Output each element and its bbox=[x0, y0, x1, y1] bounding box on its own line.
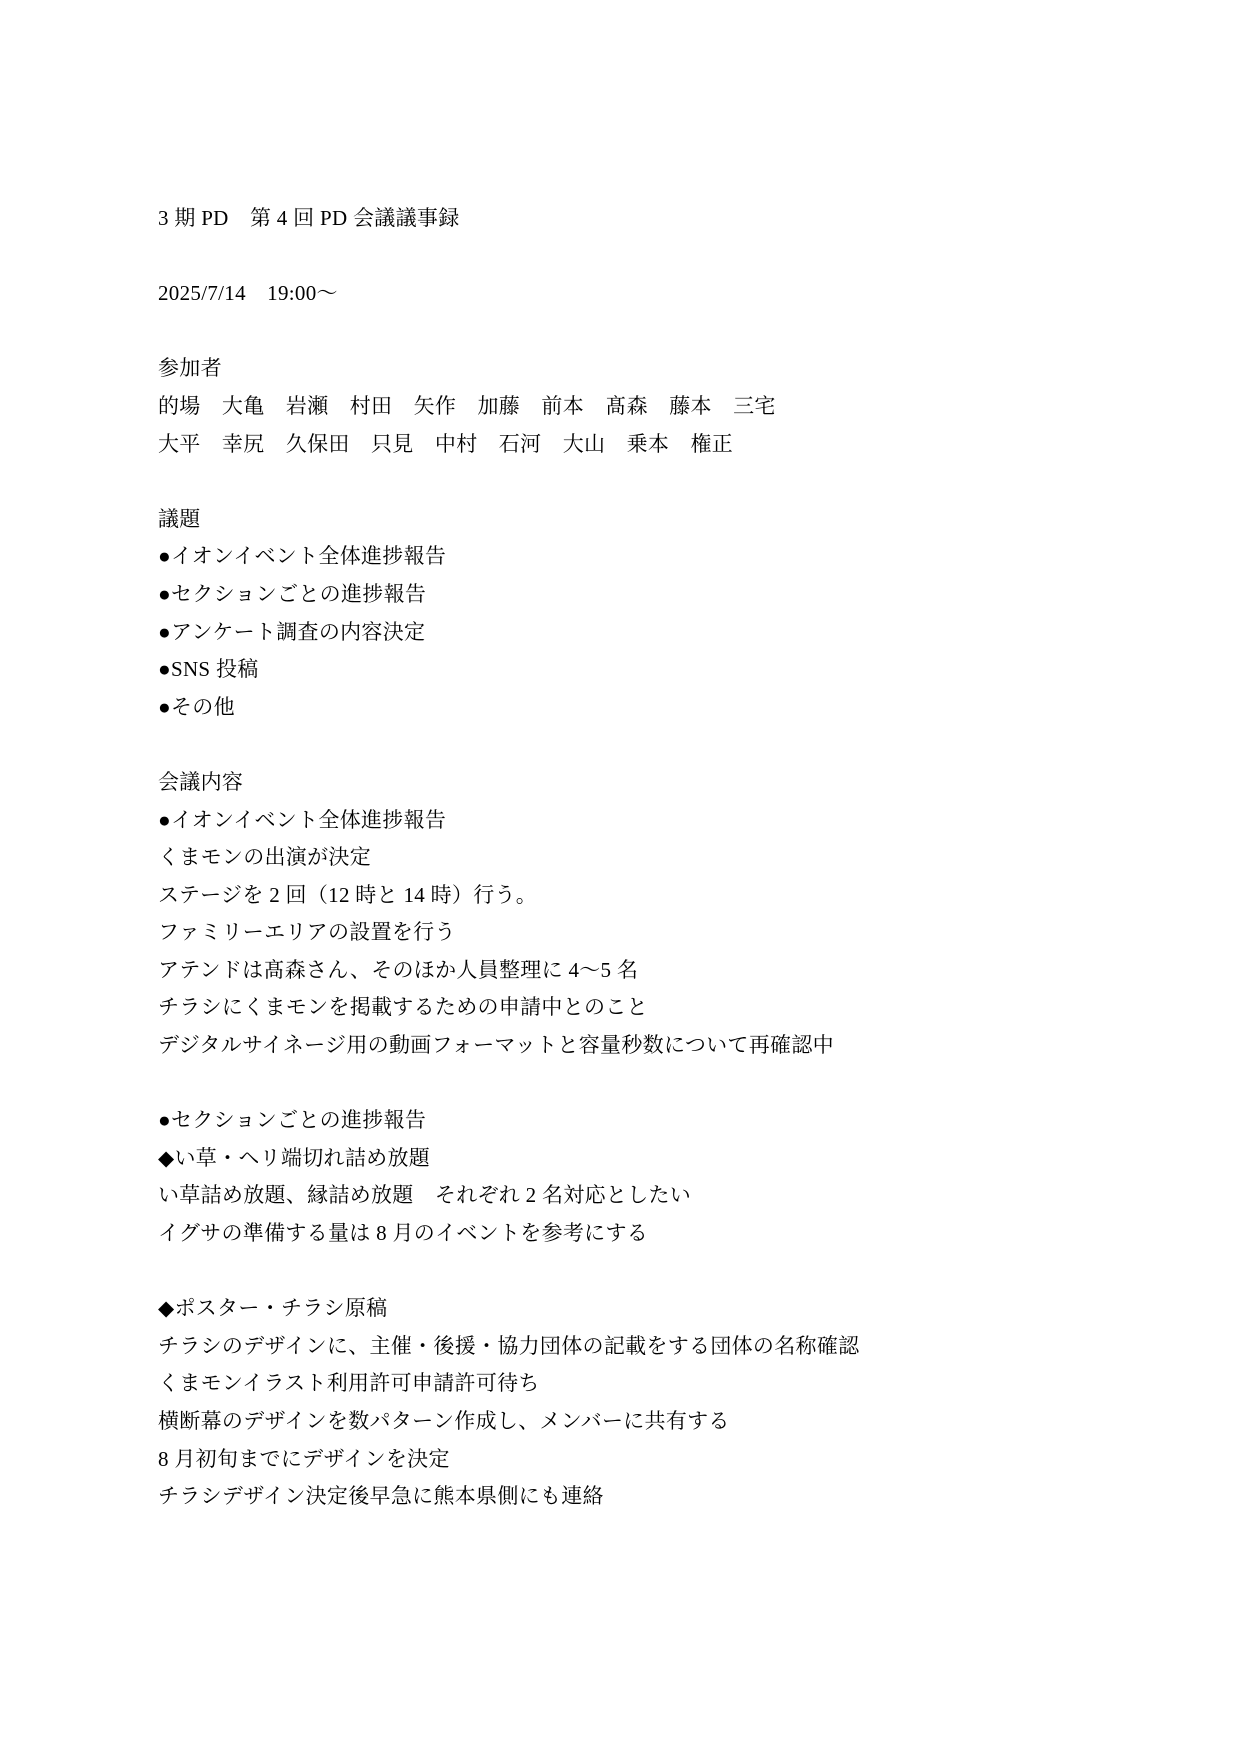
aeon-event-line: アテンドは髙森さん、そのほか人員整理に 4～5 名 bbox=[158, 952, 1121, 990]
aeon-event-line: チラシにくまモンを掲載するための申請中とのこと bbox=[158, 989, 1121, 1027]
poster-line: 横断幕のデザインを数パターン作成し、メンバーに共有する bbox=[158, 1403, 1121, 1441]
agenda-item: ●アンケート調査の内容決定 bbox=[158, 614, 1121, 652]
participants-row-1: 的場 大亀 岩瀬 村田 矢作 加藤 前本 髙森 藤本 三宅 bbox=[158, 388, 1121, 426]
participants-row-2: 大平 幸尻 久保田 只見 中村 石河 大山 乗本 権正 bbox=[158, 426, 1121, 464]
blank-line bbox=[158, 238, 1121, 276]
doc-title: 3 期 PD 第 4 回 PD 会議議事録 bbox=[158, 200, 1121, 238]
igusa-line: い草詰め放題、縁詰め放題 それぞれ 2 名対応としたい bbox=[158, 1177, 1121, 1215]
poster-line: 8 月初旬までにデザインを決定 bbox=[158, 1441, 1121, 1479]
blank-line bbox=[158, 313, 1121, 351]
blank-line bbox=[158, 726, 1121, 764]
agenda-item: ●イオンイベント全体進捗報告 bbox=[158, 538, 1121, 576]
blank-line bbox=[158, 463, 1121, 501]
minutes-heading: 会議内容 bbox=[158, 764, 1121, 802]
agenda-heading: 議題 bbox=[158, 501, 1121, 539]
blank-line bbox=[158, 1253, 1121, 1291]
aeon-event-line: くまモンの出演が決定 bbox=[158, 839, 1121, 877]
document-content: 3 期 PD 第 4 回 PD 会議議事録 2025/7/14 19:00～ 参… bbox=[0, 0, 1241, 1516]
poster-heading: ◆ポスター・チラシ原稿 bbox=[158, 1290, 1121, 1328]
document-page: 3 期 PD 第 4 回 PD 会議議事録 2025/7/14 19:00～ 参… bbox=[0, 0, 1241, 1755]
agenda-item: ●その他 bbox=[158, 689, 1121, 727]
aeon-event-heading: ●イオンイベント全体進捗報告 bbox=[158, 802, 1121, 840]
blank-line bbox=[158, 1065, 1121, 1103]
poster-line: くまモンイラスト利用許可申請許可待ち bbox=[158, 1365, 1121, 1403]
poster-line: チラシデザイン決定後早急に熊本県側にも連絡 bbox=[158, 1478, 1121, 1516]
aeon-event-line: ステージを 2 回（12 時と 14 時）行う。 bbox=[158, 877, 1121, 915]
section-reports-heading: ●セクションごとの進捗報告 bbox=[158, 1102, 1121, 1140]
aeon-event-line: ファミリーエリアの設置を行う bbox=[158, 914, 1121, 952]
aeon-event-line: デジタルサイネージ用の動画フォーマットと容量秒数について再確認中 bbox=[158, 1027, 1121, 1065]
agenda-item: ●SNS 投稿 bbox=[158, 651, 1121, 689]
igusa-heading: ◆い草・ヘリ端切れ詰め放題 bbox=[158, 1140, 1121, 1178]
agenda-item: ●セクションごとの進捗報告 bbox=[158, 576, 1121, 614]
doc-datetime: 2025/7/14 19:00～ bbox=[158, 275, 1121, 313]
igusa-line: イグサの準備する量は 8 月のイベントを参考にする bbox=[158, 1215, 1121, 1253]
participants-heading: 参加者 bbox=[158, 350, 1121, 388]
poster-line: チラシのデザインに、主催・後援・協力団体の記載をする団体の名称確認 bbox=[158, 1328, 1121, 1366]
